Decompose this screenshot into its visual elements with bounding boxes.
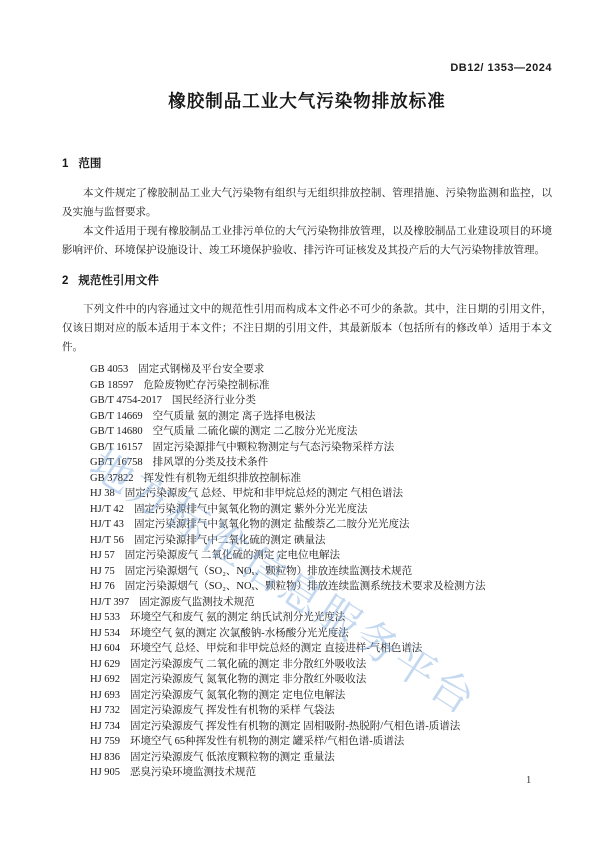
section-2-number: 2 <box>62 275 68 287</box>
reference-code: HJ 534 <box>90 628 120 639</box>
reference-item: GB 4053固定式钢梯及平台安全要求 <box>90 362 552 378</box>
section-1-number: 1 <box>62 158 68 170</box>
reference-code: HJ 692 <box>90 674 120 685</box>
reference-title: 环境空气 65种挥发性有机物的测定 罐采样/气相色谱-质谱法 <box>130 736 404 747</box>
reference-code: HJ 732 <box>90 705 120 716</box>
reference-item: HJ/T 42固定污染源排气中氮氧化物的测定 紫外分光光度法 <box>90 502 552 518</box>
reference-code: HJ 533 <box>90 612 120 623</box>
reference-item: HJ 734固定污染源废气 挥发性有机物的测定 固相吸附-热脱附/气相色谱-质谱… <box>90 719 552 735</box>
reference-title: 固定污染源废气 二氧化硫的测定 非分散红外吸收法 <box>130 659 366 670</box>
reference-title: 固定污染源废气 氮氧化物的测定 非分散红外吸收法 <box>130 674 366 685</box>
reference-item: HJ 693固定污染源废气 氮氧化物的测定 定电位电解法 <box>90 688 552 704</box>
reference-code: HJ 76 <box>90 581 115 592</box>
reference-item: GB/T 4754-2017国民经济行业分类 <box>90 393 552 409</box>
reference-item: HJ 75固定污染源烟气（SO₂、NOₓ、颗粒物）排放连续监测技术规范 <box>90 564 552 580</box>
reference-code: GB/T 4754-2017 <box>90 395 162 406</box>
reference-title: 固定污染源废气 挥发性有机物的采样 气袋法 <box>130 705 335 716</box>
reference-title: 挥发性有机物无组织排放控制标准 <box>143 473 301 484</box>
reference-item: GB 18597危险废物贮存污染控制标准 <box>90 378 552 394</box>
reference-item: GB/T 14680空气质量 二硫化碳的测定 二乙胺分光光度法 <box>90 424 552 440</box>
reference-item: GB/T 16758排风罩的分类及技术条件 <box>90 455 552 471</box>
reference-item: HJ 759环境空气 65种挥发性有机物的测定 罐采样/气相色谱-质谱法 <box>90 734 552 750</box>
reference-code: GB 37822 <box>90 473 133 484</box>
scope-paragraph: 本文件规定了橡胶制品工业大气污染物有组织与无组织排放控制、管理措施、污染物监测和… <box>62 184 552 222</box>
reference-item: HJ/T 56固定污染源排气中二氧化硫的测定 碘量法 <box>90 533 552 549</box>
section-1-label: 范围 <box>78 158 101 170</box>
reference-code: HJ/T 43 <box>90 519 124 530</box>
reference-code: GB/T 14680 <box>90 426 143 437</box>
reference-item: HJ 604环境空气 总烃、甲烷和非甲烷总烃的测定 直接进样-气相色谱法 <box>90 641 552 657</box>
references-list: GB 4053固定式钢梯及平台安全要求GB 18597危险废物贮存污染控制标准G… <box>62 362 552 781</box>
reference-item: HJ 76固定污染源烟气（SO₂、NOₓ、颗粒物）排放连续监测系统技术要求及检测… <box>90 579 552 595</box>
reference-title: 空气质量 氨的测定 离子选择电极法 <box>153 411 316 422</box>
reference-code: HJ 759 <box>90 736 120 747</box>
section-1-body: 本文件规定了橡胶制品工业大气污染物有组织与无组织排放控制、管理措施、污染物监测和… <box>62 184 552 260</box>
reference-code: HJ 693 <box>90 690 120 701</box>
reference-title: 固定源废气监测技术规范 <box>139 597 255 608</box>
reference-code: HJ 75 <box>90 566 115 577</box>
reference-code: HJ 905 <box>90 767 120 778</box>
reference-title: 环境空气 氨的测定 次氯酸钠-水杨酸分光光度法 <box>130 628 349 639</box>
reference-title: 排风罩的分类及技术条件 <box>153 457 269 468</box>
reference-item: GB 37822挥发性有机物无组织排放控制标准 <box>90 471 552 487</box>
reference-title: 危险废物贮存污染控制标准 <box>143 380 269 391</box>
reference-title: 固定污染源排气中氮氧化物的测定 盐酸萘乙二胺分光光度法 <box>134 519 410 530</box>
reference-item: HJ 905恶臭污染环境监测技术规范 <box>90 765 552 781</box>
reference-code: HJ/T 56 <box>90 535 124 546</box>
reference-item: HJ 732固定污染源废气 挥发性有机物的采样 气袋法 <box>90 703 552 719</box>
reference-item: HJ 836固定污染源废气 低浓度颗粒物的测定 重量法 <box>90 750 552 766</box>
reference-item: HJ 533环境空气和废气 氨的测定 纳氏试剂分光光度法 <box>90 610 552 626</box>
section-1-heading: 1范围 <box>62 155 552 171</box>
reference-item: HJ 57固定污染源废气 二氧化硫的测定 定电位电解法 <box>90 548 552 564</box>
standard-number: DB12/ 1353—2024 <box>62 62 552 74</box>
reference-item: GB/T 14669空气质量 氨的测定 离子选择电极法 <box>90 409 552 425</box>
reference-title: 恶臭污染环境监测技术规范 <box>130 767 256 778</box>
reference-code: HJ 734 <box>90 721 120 732</box>
reference-item: HJ 692固定污染源废气 氮氧化物的测定 非分散红外吸收法 <box>90 672 552 688</box>
reference-code: HJ 604 <box>90 643 120 654</box>
reference-item: HJ/T 397固定源废气监测技术规范 <box>90 595 552 611</box>
reference-item: HJ 38固定污染源废气 总烃、甲烷和非甲烷总烃的测定 气相色谱法 <box>90 486 552 502</box>
section-2-label: 规范性引用文件 <box>78 275 159 287</box>
reference-title: 固定污染源废气 总烃、甲烷和非甲烷总烃的测定 气相色谱法 <box>125 488 403 499</box>
reference-title: 空气质量 二硫化碳的测定 二乙胺分光光度法 <box>153 426 358 437</box>
reference-code: GB/T 16758 <box>90 457 143 468</box>
reference-title: 固定污染源废气 挥发性有机物的测定 固相吸附-热脱附/气相色谱-质谱法 <box>130 721 460 732</box>
reference-title: 固定污染源废气 氮氧化物的测定 定电位电解法 <box>130 690 345 701</box>
reference-title: 固定污染源废气 低浓度颗粒物的测定 重量法 <box>130 752 335 763</box>
reference-code: HJ 57 <box>90 550 115 561</box>
reference-title: 固定污染源烟气（SO₂、NOₓ、颗粒物）排放连续监测技术规范 <box>125 566 412 577</box>
document-page: DB12/ 1353—2024 橡胶制品工业大气污染物排放标准 1范围 本文件规… <box>0 0 600 848</box>
reference-code: GB 4053 <box>90 364 128 375</box>
reference-item: GB/T 16157固定污染源排气中颗粒物测定与气态污染物采样方法 <box>90 440 552 456</box>
reference-title: 固定污染源排气中二氧化硫的测定 碘量法 <box>134 535 326 546</box>
reference-code: GB/T 16157 <box>90 442 143 453</box>
section-2-heading: 2规范性引用文件 <box>62 272 552 288</box>
reference-title: 固定式钢梯及平台安全要求 <box>138 364 264 375</box>
reference-title: 固定污染源废气 二氧化硫的测定 定电位电解法 <box>125 550 340 561</box>
reference-code: GB/T 14669 <box>90 411 143 422</box>
reference-code: HJ/T 397 <box>90 597 129 608</box>
reference-title: 固定污染源排气中氮氧化物的测定 紫外分光光度法 <box>134 504 368 515</box>
reference-title: 环境空气 总烃、甲烷和非甲烷总烃的测定 直接进样-气相色谱法 <box>130 643 422 654</box>
reference-title: 环境空气和废气 氨的测定 纳氏试剂分光光度法 <box>130 612 345 623</box>
reference-code: HJ 629 <box>90 659 120 670</box>
reference-title: 固定污染源烟气（SO₂、NOₓ、颗粒物）排放连续监测系统技术要求及检测方法 <box>125 581 486 592</box>
reference-code: HJ/T 42 <box>90 504 124 515</box>
page-title: 橡胶制品工业大气污染物排放标准 <box>62 88 552 113</box>
scope-paragraph: 本文件适用于现有橡胶制品工业排污单位的大气污染物排放管理，以及橡胶制品工业建设项… <box>62 222 552 260</box>
reference-code: HJ 38 <box>90 488 115 499</box>
reference-title: 国民经济行业分类 <box>172 395 256 406</box>
reference-item: HJ 629固定污染源废气 二氧化硫的测定 非分散红外吸收法 <box>90 657 552 673</box>
reference-code: HJ 836 <box>90 752 120 763</box>
reference-item: HJ 534环境空气 氨的测定 次氯酸钠-水杨酸分光光度法 <box>90 626 552 642</box>
reference-item: HJ/T 43固定污染源排气中氮氧化物的测定 盐酸萘乙二胺分光光度法 <box>90 517 552 533</box>
reference-code: GB 18597 <box>90 380 133 391</box>
section-2-intro: 下列文件中的内容通过文中的规范性引用而构成本文件必不可少的条款。其中，注日期的引… <box>62 300 552 357</box>
page-number: 1 <box>526 775 531 786</box>
reference-title: 固定污染源排气中颗粒物测定与气态污染物采样方法 <box>153 442 395 453</box>
